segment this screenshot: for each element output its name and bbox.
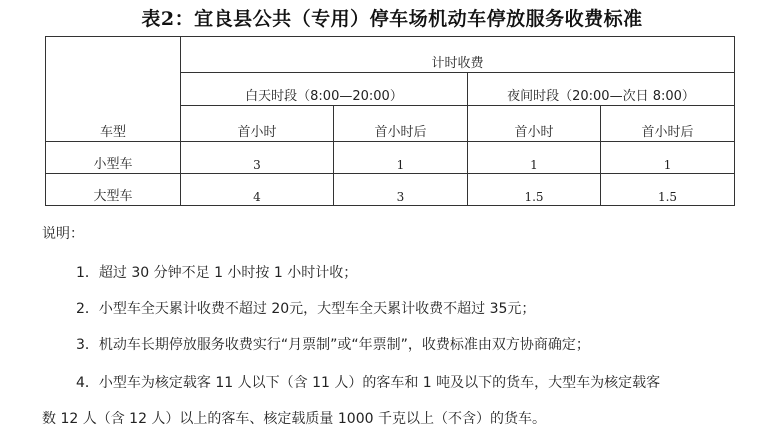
- fee-value: 1: [601, 158, 734, 173]
- vehicle-type-cell: 大型车: [46, 173, 181, 205]
- fee-value: 4: [181, 190, 333, 205]
- note-item-4-continued: 数 12 人（含 12 人）以上的客车、核定载质量 1000 千克以上（不含）的…: [42, 408, 546, 428]
- vehicle-type: 大型车: [46, 185, 180, 205]
- fee-cell: 1.5: [468, 173, 601, 205]
- timed-fee-header-cell: 计时收费: [181, 37, 735, 73]
- timed-fee-header: 计时收费: [181, 52, 734, 72]
- vehicle-type: 小型车: [46, 153, 180, 173]
- column-label: 首小时: [181, 121, 333, 141]
- table-row: 大型车 4 3 1.5 1.5: [46, 173, 735, 205]
- fee-cell: 4: [181, 173, 334, 205]
- column-label: 首小时后: [334, 121, 467, 141]
- document-title: 表2：宜良县公共（专用）停车场机动车停放服务收费标准: [0, 4, 784, 31]
- fee-cell: 3: [181, 141, 334, 173]
- note-item-3: 3．机动车长期停放服务收费实行“月票制”或“年票制”，收费标准由双方协商确定；: [76, 334, 590, 354]
- fee-value: 3: [181, 158, 333, 173]
- fee-cell: 1: [334, 141, 468, 173]
- fee-table-container: 车型 计时收费 白天时段（8:00—20:00） 夜间时段（20:00—次日 8…: [45, 36, 734, 206]
- fee-value: 1.5: [601, 190, 734, 205]
- table-row: 小型车 3 1 1 1: [46, 141, 735, 173]
- fee-value: 1: [468, 158, 600, 173]
- note-item-1: 1．超过 30 分钟不足 1 小时按 1 小时计收；: [76, 262, 357, 282]
- fee-value: 1.5: [468, 190, 600, 205]
- fee-cell: 1: [601, 141, 735, 173]
- nighttime-period-label: 夜间时段（20:00—次日 8:00）: [468, 85, 734, 105]
- night-after-first-hour-header: 首小时后: [601, 106, 735, 141]
- daytime-period-cell: 白天时段（8:00—20:00）: [181, 73, 468, 106]
- nighttime-period-cell: 夜间时段（20:00—次日 8:00）: [468, 73, 735, 106]
- column-label: 首小时后: [601, 121, 734, 141]
- column-label: 首小时: [468, 121, 600, 141]
- fee-cell: 1: [468, 141, 601, 173]
- parking-fee-table: 车型 计时收费 白天时段（8:00—20:00） 夜间时段（20:00—次日 8…: [45, 36, 735, 206]
- day-first-hour-header: 首小时: [181, 106, 334, 141]
- note-item-4: 4．小型车为核定载客 11 人以下（含 11 人）的客车和 1 吨及以下的货车，…: [76, 372, 660, 392]
- vehicle-type-cell: 小型车: [46, 141, 181, 173]
- header-row-group: 车型 计时收费: [46, 37, 735, 73]
- fee-cell: 3: [334, 173, 468, 205]
- fee-value: 1: [334, 158, 467, 173]
- vehicle-type-header: 车型: [46, 121, 180, 141]
- fee-value: 3: [334, 190, 467, 205]
- daytime-period-label: 白天时段（8:00—20:00）: [181, 85, 467, 105]
- fee-cell: 1.5: [601, 173, 735, 205]
- vehicle-type-header-cell: 车型: [46, 37, 181, 142]
- note-item-2: 2．小型车全天累计收费不超过 20元，大型车全天累计收费不超过 35元；: [76, 298, 535, 318]
- night-first-hour-header: 首小时: [468, 106, 601, 141]
- day-after-first-hour-header: 首小时后: [334, 106, 468, 141]
- notes-heading: 说明：: [42, 223, 84, 243]
